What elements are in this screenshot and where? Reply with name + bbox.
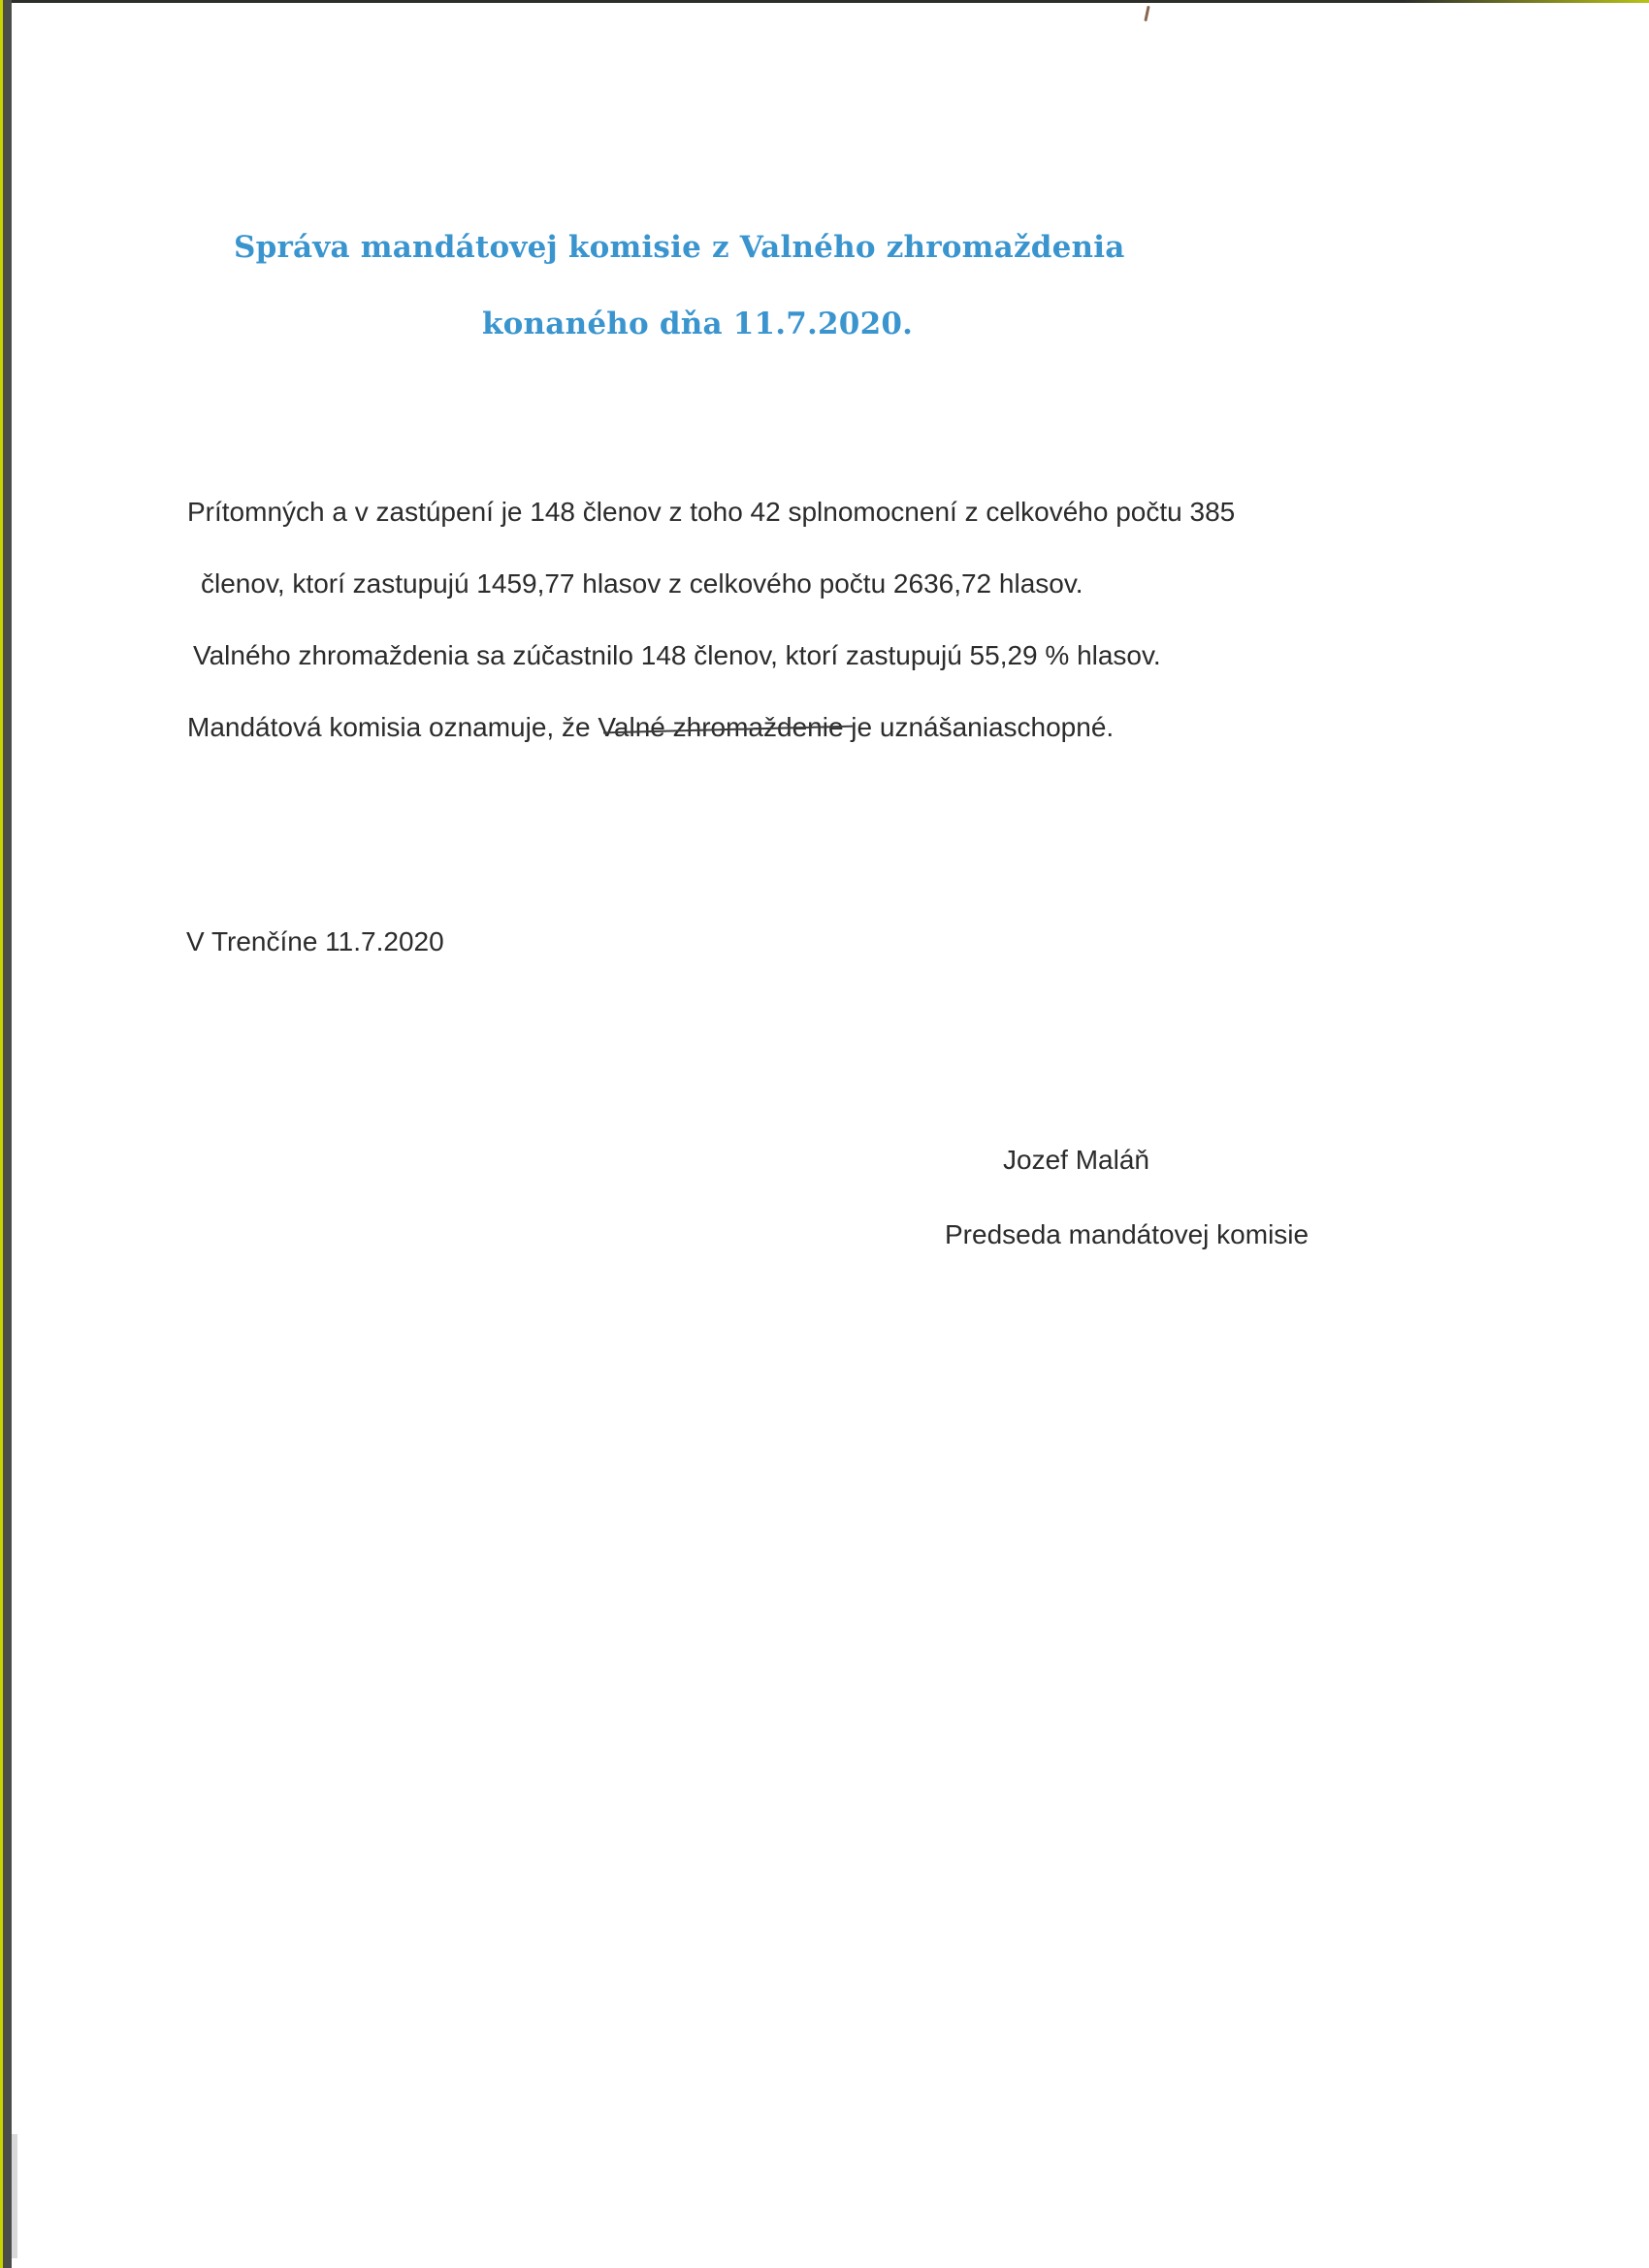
place-and-date: V Trenčíne 11.7.2020 [186, 926, 444, 957]
document-title: Správa mandátovej komisie z Valného zhro… [234, 230, 1125, 265]
paragraph-quorum-announcement: Mandátová komisia oznamuje, že Valné zhr… [187, 712, 1114, 743]
signer-name: Jozef Maláň [1003, 1145, 1149, 1176]
announcement-after: je uznášaniaschopné. [844, 712, 1115, 742]
paragraph-participation: Valného zhromaždenia sa zúčastnilo 148 č… [193, 640, 1161, 671]
signer-role: Predseda mandátovej komisie [945, 1219, 1309, 1250]
announcement-struck-text: Valné zhromaždenie [598, 712, 843, 743]
scan-edge-dark [3, 0, 12, 2268]
announcement-before: Mandátová komisia oznamuje, že [187, 712, 598, 742]
paragraph-attendance: Prítomných a v zastúpení je 148 členov z… [187, 497, 1235, 528]
document-page: Správa mandátovej komisie z Valného zhro… [12, 3, 1649, 2268]
document-title-date: konaného dňa 11.7.2020. [482, 307, 913, 341]
paragraph-votes: členov, ktorí zastupujú 1459,77 hlasov z… [201, 568, 1083, 599]
